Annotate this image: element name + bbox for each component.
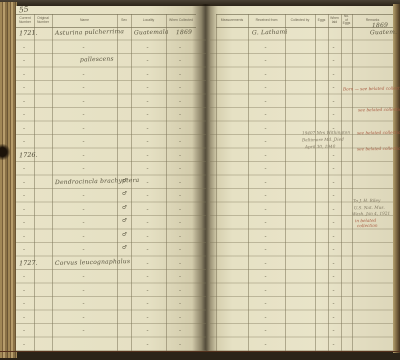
ditto-mark: - (179, 153, 181, 158)
ditto-mark: - (333, 288, 335, 293)
column-header: Original Number (34, 15, 52, 26)
ditto-mark: - (147, 180, 149, 185)
ditto-mark: - (179, 234, 181, 239)
ditto-mark: - (265, 153, 267, 158)
ditto-mark: - (147, 315, 149, 320)
ditto-mark: - (83, 207, 85, 212)
ditto-mark: - (265, 207, 267, 212)
ditto-mark: - (265, 234, 267, 239)
ditto-mark: - (147, 261, 149, 266)
ditto-mark: - (265, 58, 267, 63)
ditto-mark: - (333, 85, 335, 90)
ditto-mark: - (83, 45, 85, 50)
ditto-mark: - (333, 274, 335, 279)
handwritten-entry: Corvus leucognaphalus (55, 258, 130, 267)
ditto-mark: - (265, 45, 267, 50)
ditto-mark: - (333, 166, 335, 171)
ditto-mark: - (333, 180, 335, 185)
column-rule (34, 14, 35, 351)
ditto-mark: - (333, 328, 335, 333)
ditto-mark: - (23, 45, 25, 50)
ditto-mark: - (23, 85, 25, 90)
ditto-mark: - (265, 139, 267, 144)
ditto-mark: - (23, 328, 25, 333)
ditto-mark: - (179, 301, 181, 306)
ditto-mark: - (23, 247, 25, 252)
column-header: When Collected (166, 15, 196, 26)
ditto-mark: - (147, 234, 149, 239)
ditto-mark: - (265, 247, 267, 252)
ditto-mark: - (333, 207, 335, 212)
ditto-mark: - (83, 220, 85, 225)
column-header: Sex (117, 15, 131, 26)
ditto-mark: - (179, 220, 181, 225)
ditto-mark: - (83, 301, 85, 306)
ditto-mark: - (23, 180, 25, 185)
ditto-mark: - (147, 301, 149, 306)
ditto-mark: - (179, 45, 181, 50)
pencil-annotation: April 30, 1940 (305, 143, 335, 149)
column-rule (341, 14, 342, 351)
ditto-mark: - (265, 85, 267, 90)
column-header: Eggs (315, 15, 328, 26)
ditto-mark: - (147, 220, 149, 225)
book-gutter (192, 4, 218, 352)
page-edge-shadow (0, 144, 10, 160)
ditto-mark: - (83, 112, 85, 117)
ditto-mark: - (147, 207, 149, 212)
ditto-mark: - (83, 234, 85, 239)
ditto-mark: - (265, 180, 267, 185)
pencil-annotation: Baltimore Md. Died (302, 137, 344, 143)
ditto-mark: - (83, 139, 85, 144)
ditto-mark: - (265, 112, 267, 117)
ditto-mark: - (179, 328, 181, 333)
handwritten-entry: Guatemala (134, 29, 169, 37)
sex-mark: ♂ (122, 191, 127, 197)
ditto-mark: - (333, 193, 335, 198)
ditto-mark: - (179, 166, 181, 171)
column-rule (248, 14, 249, 351)
ditto-mark: - (23, 193, 25, 198)
column-rule (216, 14, 217, 351)
ditto-mark: - (83, 72, 85, 77)
ditto-mark: - (147, 247, 149, 252)
ditto-mark: - (179, 274, 181, 279)
column-rule (315, 14, 316, 351)
column-header: Locality (131, 15, 166, 26)
handwritten-entry: 1869 (176, 29, 192, 36)
ditto-mark: - (83, 247, 85, 252)
column-header: Current Number (16, 15, 34, 26)
ditto-mark: - (83, 315, 85, 320)
ditto-mark: - (179, 288, 181, 293)
ditto-mark: - (179, 207, 181, 212)
ditto-mark: - (23, 288, 25, 293)
ditto-mark: - (83, 153, 85, 158)
ditto-mark: - (333, 58, 335, 63)
left-page-edges (0, 2, 17, 358)
ditto-mark: - (23, 220, 25, 225)
ditto-mark: - (147, 328, 149, 333)
ditto-mark: - (265, 301, 267, 306)
ditto-mark: - (179, 126, 181, 131)
catalog-number: 1721. (19, 29, 38, 38)
handwritten-entry: 1869 (372, 21, 388, 28)
ditto-mark: - (179, 342, 181, 347)
column-header: When laid (328, 15, 341, 26)
header-rule (216, 27, 393, 28)
ditto-mark: - (179, 193, 181, 198)
ditto-mark: - (333, 112, 335, 117)
ditto-mark: - (83, 99, 85, 104)
ditto-mark: - (333, 45, 335, 50)
ditto-mark: - (147, 99, 149, 104)
ditto-mark: - (265, 220, 267, 225)
column-header: Received from (248, 15, 285, 26)
ditto-mark: - (23, 342, 25, 347)
ditto-mark: - (147, 58, 149, 63)
ditto-mark: - (147, 112, 149, 117)
handwritten-entry: G. Lathami (252, 29, 288, 37)
ditto-mark: - (179, 85, 181, 90)
column-header: Name (52, 15, 117, 26)
column-rule (52, 14, 53, 351)
ditto-mark: - (265, 342, 267, 347)
pencil-annotation: U.S. Nat. Mus. (354, 204, 385, 210)
ditto-mark: - (83, 193, 85, 198)
ditto-mark: - (23, 58, 25, 63)
column-header: No. of Eggs (341, 15, 352, 26)
ditto-mark: - (265, 315, 267, 320)
ditto-mark: - (147, 153, 149, 158)
ditto-mark: - (83, 126, 85, 131)
red-ink-annotation: collection (357, 223, 378, 228)
ditto-mark: - (265, 328, 267, 333)
ditto-mark: - (147, 166, 149, 171)
ditto-mark: - (23, 315, 25, 320)
ditto-mark: - (333, 315, 335, 320)
ditto-mark: - (333, 99, 335, 104)
ditto-mark: - (147, 45, 149, 50)
ditto-mark: - (23, 274, 25, 279)
red-ink-annotation: Born — see belated collection (343, 85, 400, 91)
ditto-mark: - (333, 301, 335, 306)
sex-mark: ♂ (122, 245, 127, 251)
ditto-mark: - (179, 315, 181, 320)
ditto-mark: - (179, 261, 181, 266)
ditto-mark: - (333, 342, 335, 347)
ditto-mark: - (147, 342, 149, 347)
ditto-mark: - (179, 58, 181, 63)
sex-mark: ♂ (122, 232, 127, 238)
column-header: Measurements (216, 15, 248, 26)
ditto-mark: - (23, 301, 25, 306)
ditto-mark: - (179, 139, 181, 144)
sex-mark: ♂ (122, 218, 127, 224)
ditto-mark: - (333, 220, 335, 225)
ditto-mark: - (265, 288, 267, 293)
ditto-mark: - (147, 139, 149, 144)
ditto-mark: - (333, 72, 335, 77)
ditto-mark: - (147, 274, 149, 279)
column-rule (285, 14, 286, 351)
ditto-mark: - (265, 72, 267, 77)
column-rule (166, 14, 167, 351)
ditto-mark: - (265, 166, 267, 171)
photo-background-bottom (0, 351, 400, 360)
handwritten-entry: Guatem. (370, 29, 397, 37)
ditto-mark: - (333, 234, 335, 239)
ditto-mark: - (23, 166, 25, 171)
ditto-mark: - (265, 274, 267, 279)
ditto-mark: - (23, 112, 25, 117)
sex-mark: ♂ (122, 178, 127, 184)
catalog-number: 1726. (19, 150, 38, 159)
handwritten-entry: pallescens (80, 56, 114, 64)
ditto-mark: - (179, 247, 181, 252)
column-rule (352, 14, 353, 351)
ditto-mark: - (265, 193, 267, 198)
column-rule (328, 14, 329, 351)
ditto-mark: - (333, 247, 335, 252)
ditto-mark: - (23, 72, 25, 77)
ditto-mark: - (147, 288, 149, 293)
right-page (206, 6, 393, 352)
ditto-mark: - (147, 126, 149, 131)
ditto-mark: - (179, 180, 181, 185)
ditto-mark: - (83, 274, 85, 279)
ditto-mark: - (333, 153, 335, 158)
ditto-mark: - (179, 72, 181, 77)
catalog-number: 1727. (19, 258, 38, 267)
sex-mark: ♂ (122, 205, 127, 211)
right-page-edge (393, 4, 400, 353)
ditto-mark: - (333, 261, 335, 266)
ditto-mark: - (23, 234, 25, 239)
pencil-annotation: To J. H. Riley (353, 198, 380, 203)
ditto-mark: - (147, 72, 149, 77)
ditto-mark: - (23, 126, 25, 131)
ditto-mark: - (265, 99, 267, 104)
ditto-mark: - (147, 85, 149, 90)
ditto-mark: - (83, 85, 85, 90)
ditto-mark: - (265, 126, 267, 131)
page-number: 55 (19, 5, 29, 15)
ledger-book-scan: 55 Current NumberOriginal NumberNameSexL… (0, 0, 400, 360)
ditto-mark: - (265, 261, 267, 266)
ditto-mark: - (23, 139, 25, 144)
ditto-mark: - (83, 166, 85, 171)
column-header: Collected by (285, 15, 315, 26)
ditto-mark: - (83, 328, 85, 333)
pencil-annotation: Wash. Jan 4, 1921 (352, 211, 390, 217)
ditto-mark: - (179, 112, 181, 117)
ditto-mark: - (147, 193, 149, 198)
ditto-mark: - (23, 99, 25, 104)
ditto-mark: - (23, 207, 25, 212)
ditto-mark: - (179, 99, 181, 104)
ditto-mark: - (83, 288, 85, 293)
